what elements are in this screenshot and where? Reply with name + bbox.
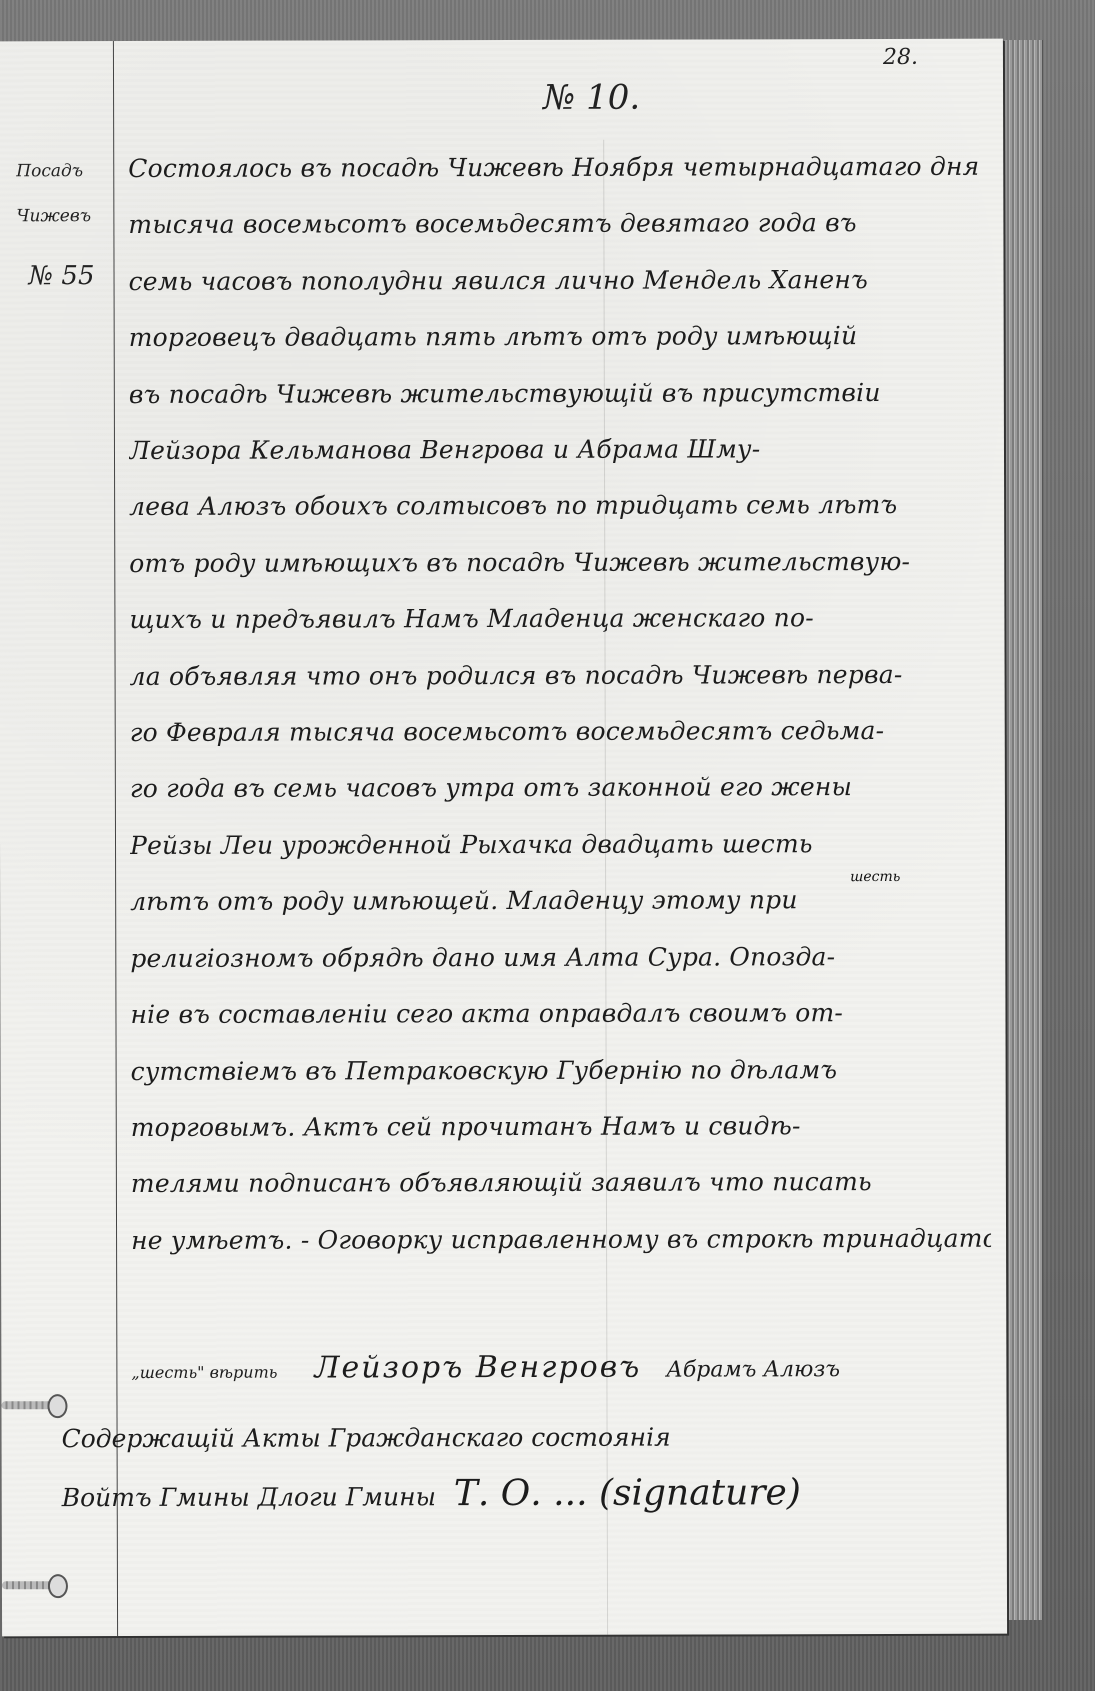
act-number: № 10. <box>543 78 640 118</box>
record-line: тысяча восемьсотъ восемьдесятъ девятаго … <box>128 195 988 254</box>
register-page: 28. № 10. Посадъ Чижевъ № 55 Состоялось … <box>0 39 1007 1637</box>
record-line: сутствіемъ въ Петраковскую Губернію по д… <box>131 1041 991 1100</box>
record-line: не умѣетъ. - Оговорку исправленному въ с… <box>131 1210 991 1269</box>
record-line: ніе въ составленіи сего акта оправдалъ с… <box>130 985 990 1044</box>
witness-signature-1: Лейзоръ Венгровъ <box>314 1350 641 1386</box>
record-line: торговымъ. Актъ сей прочитанъ Намъ и сви… <box>131 1098 991 1157</box>
binding-thread <box>2 1581 52 1589</box>
record-line: го Февраля тысяча восемьсотъ восемьдесят… <box>130 703 990 762</box>
page-number: 28. <box>883 45 918 70</box>
record-line: торговецъ двадцать пять лѣтъ отъ роду им… <box>129 308 989 367</box>
record-line: въ посадѣ Чижевѣ жительствующій въ прису… <box>129 364 989 423</box>
record-line: семь часовъ пополудни явился лично Менде… <box>128 252 988 311</box>
witness-signatures: „шесть" вѣрить Лейзоръ Венгровъ Абрамъ А… <box>131 1349 991 1386</box>
correction-attestation: „шесть" вѣрить <box>131 1363 277 1382</box>
record-line: Рейзы Леи урожденной Рыхачка двадцать ше… <box>130 816 990 875</box>
margin-place-name: Чижевъ <box>16 206 111 226</box>
record-line: отъ роду имѣющихъ въ посадѣ Чижевѣ жител… <box>129 534 989 593</box>
record-line: го года въ семь часовъ утра отъ законной… <box>130 759 990 818</box>
registrar-office: Войтъ Гмины Длоги Гмины <box>62 1482 436 1512</box>
margin-place-label: Посадъ <box>16 161 111 181</box>
correction-note: шесть <box>850 869 900 885</box>
record-line: Лейзора Кельманова Венгрова и Абрама Шму… <box>129 421 989 480</box>
book-page-edges <box>1000 40 1043 1620</box>
record-line: лева Алюзъ обоихъ солтысовъ по тридцать … <box>129 477 989 536</box>
binding-hole <box>47 1394 67 1418</box>
record-line: ла объявляя что онъ родился въ посадѣ Чи… <box>130 646 990 705</box>
record-line: религіозномъ обрядѣ дано имя Алта Сура. … <box>130 928 990 987</box>
registrar-block: Содержащій Акты Гражданскаго состоянія В… <box>62 1409 962 1526</box>
margin-entry-number: № 55 <box>28 261 123 291</box>
binding-hole <box>48 1574 68 1598</box>
record-line: Состоялось въ посадѣ Чижевѣ Ноября четыр… <box>128 139 988 198</box>
registrar-title: Содержащій Акты Гражданскаго состоянія <box>62 1409 962 1467</box>
record-line: щихъ и предъявилъ Намъ Младенца женскаго… <box>129 590 989 649</box>
record-body: Состоялось въ посадѣ Чижевѣ Ноября четыр… <box>128 139 991 1269</box>
witness-signature-2: Абрамъ Алюзъ <box>666 1357 840 1382</box>
registrar-signature: Т. О. ... (signature) <box>454 1472 801 1514</box>
binding-thread <box>1 1401 51 1409</box>
record-line: телями подписанъ объявляющій заявилъ что… <box>131 1154 991 1213</box>
